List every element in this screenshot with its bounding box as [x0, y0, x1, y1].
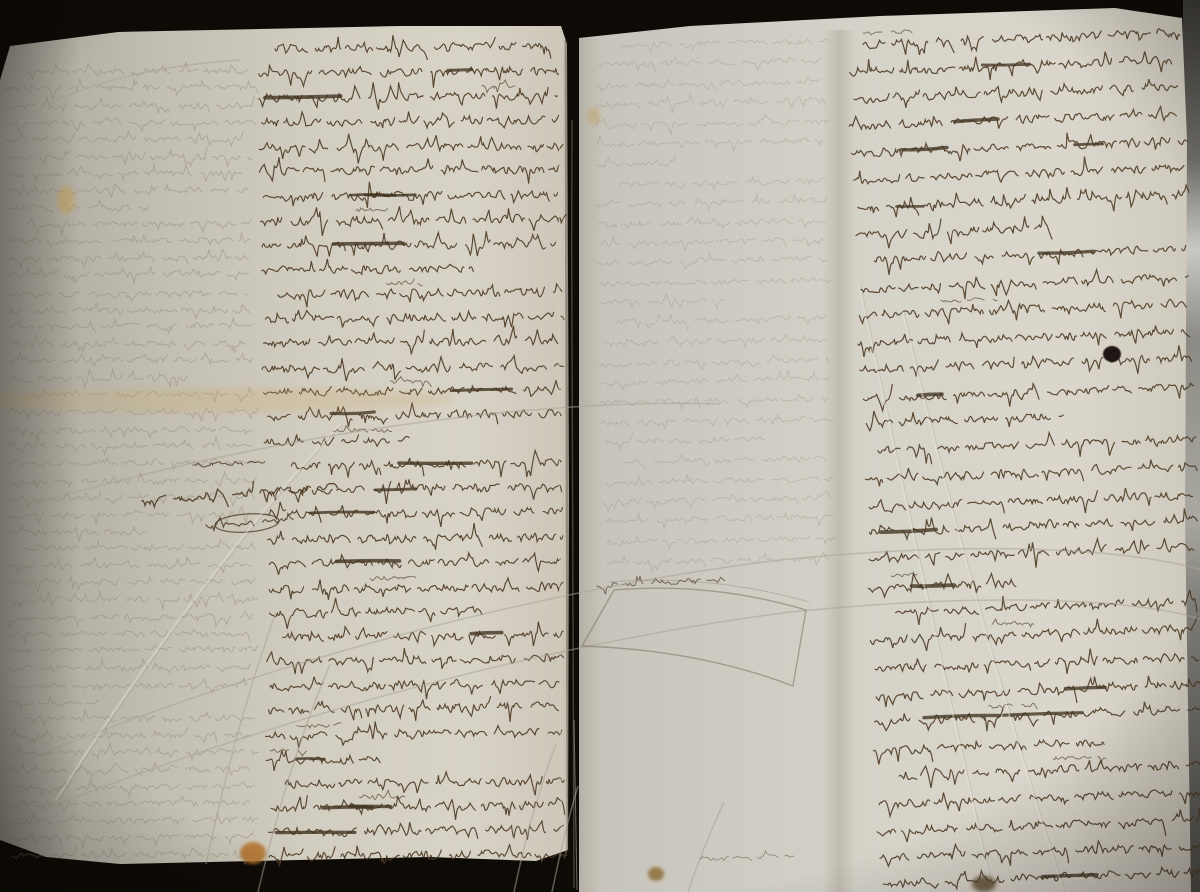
photo-left-shadow	[0, 0, 80, 892]
manuscript-photo: Photograph of an opened 19th-century Ita…	[0, 0, 1200, 892]
manuscript-scene	[0, 0, 1200, 892]
photo-vignette	[0, 0, 1200, 892]
